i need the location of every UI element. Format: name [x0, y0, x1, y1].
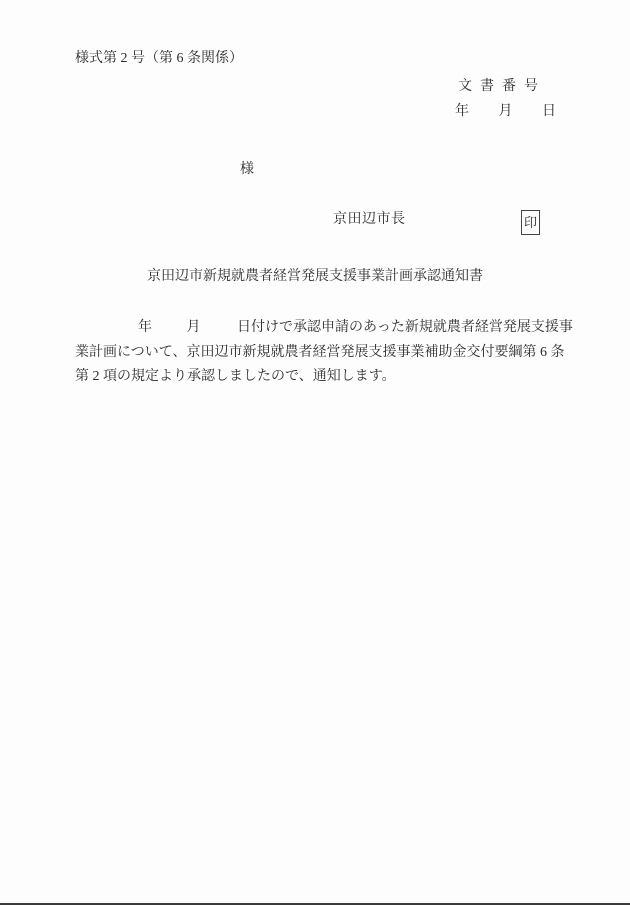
- body-date-month-label: 月: [187, 316, 201, 341]
- body-date-year-label: 年: [138, 316, 152, 341]
- body-paragraph: 年 月 日付けで承認申請のあった新規就農者経営発展支援事 業計画について、京田辺…: [75, 316, 575, 390]
- seal-mark: 印: [521, 210, 540, 235]
- document-number-label: 文書番号: [458, 78, 546, 96]
- body-line1-text: 日付けで承認申請のあった新規就農者経営発展支援事: [237, 316, 573, 341]
- seal-character: 印: [524, 216, 537, 229]
- document-title: 京田辺市新規就農者経営発展支援事業計画承認通知書: [0, 268, 630, 286]
- form-number: 様式第 2 号（第 6 条関係）: [75, 50, 243, 68]
- sender-title: 京田辺市長: [333, 211, 406, 229]
- body-line: 年 月 日付けで承認申請のあった新規就農者経営発展支援事: [75, 316, 575, 341]
- date-day-label: 日: [542, 103, 556, 121]
- body-line: 第 2 項の規定より承認しましたので、通知します。: [75, 365, 575, 390]
- date-month-label: 月: [499, 103, 513, 121]
- addressee-suffix: 様: [240, 161, 254, 179]
- date-line: 年 月 日: [455, 103, 556, 121]
- notice-document-page: 様式第 2 号（第 6 条関係） 文書番号 年 月 日 様 京田辺市長 印 京田…: [0, 0, 630, 905]
- body-line: 業計画について、京田辺市新規就農者経営発展支援事業補助金交付要綱第 6 条: [75, 341, 575, 366]
- date-year-label: 年: [455, 104, 469, 119]
